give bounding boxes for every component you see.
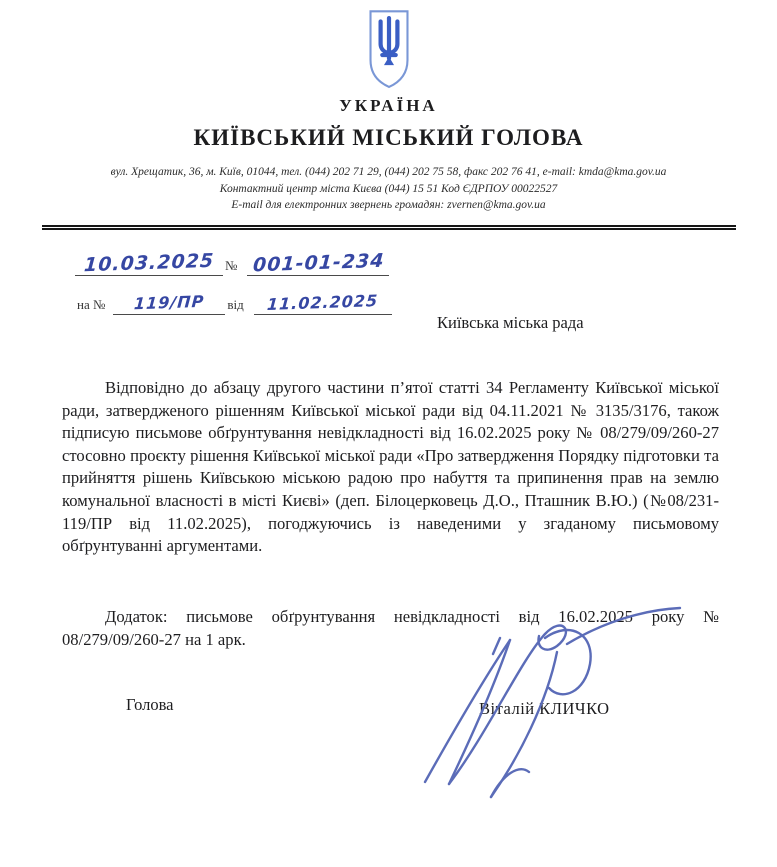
signoff-name: Віталій КЛИЧКО xyxy=(479,699,610,719)
contact-info: вул. Хрещатик, 36, м. Київ, 01044, тел. … xyxy=(0,164,777,214)
contact-center-line: Контактний центр міста Києва (044) 15 51… xyxy=(0,181,777,198)
letter-page: { "document": { "country": "УКРАЇНА", "t… xyxy=(0,0,777,867)
signoff-position-title: Голова xyxy=(126,695,174,715)
addressee: Київська міська рада xyxy=(437,313,584,333)
body-paragraph: Відповідно до абзацу другого частини п’я… xyxy=(62,377,719,558)
trident-shield-icon xyxy=(363,79,415,96)
letterhead: УКРАЇНА КИЇВСЬКИЙ МІСЬКИЙ ГОЛОВА вул. Хр… xyxy=(0,0,777,214)
outgoing-date-field: 10.03.2025 xyxy=(75,252,223,276)
outgoing-number-field: 001-01-234 xyxy=(247,252,389,276)
handwritten-incoming-number: 119/ПР xyxy=(134,292,206,314)
contact-address-line: вул. Хрещатик, 36, м. Київ, 01044, тел. … xyxy=(0,164,777,181)
country-name: УКРАЇНА xyxy=(0,96,777,116)
letterhead-divider-rule xyxy=(42,225,736,230)
incoming-date-label: від xyxy=(225,297,245,315)
incoming-reference-row: на № 119/ПР від 11.02.2025 xyxy=(75,293,435,315)
handwritten-outgoing-number: 001-01-234 xyxy=(252,250,385,277)
handwritten-incoming-date: 11.02.2025 xyxy=(267,291,379,314)
incoming-number-field: 119/ПР xyxy=(113,293,225,315)
reference-block: 10.03.2025 № 001-01-234 на № 119/ПР від … xyxy=(75,252,435,315)
contact-email-line: E-mail для електронних звернень громадян… xyxy=(0,197,777,214)
coat-of-arms-emblem xyxy=(0,8,777,92)
incoming-date-field: 11.02.2025 xyxy=(254,293,392,315)
outgoing-reference-row: 10.03.2025 № 001-01-234 xyxy=(75,252,435,276)
organization-title: КИЇВСЬКИЙ МІСЬКИЙ ГОЛОВА xyxy=(0,125,777,151)
number-sign-label: № xyxy=(223,258,239,276)
attachment-paragraph: Додаток: письмове обґрунтування невідкла… xyxy=(62,606,719,651)
handwritten-outgoing-date: 10.03.2025 xyxy=(83,250,215,277)
incoming-number-label: на № xyxy=(75,297,107,315)
